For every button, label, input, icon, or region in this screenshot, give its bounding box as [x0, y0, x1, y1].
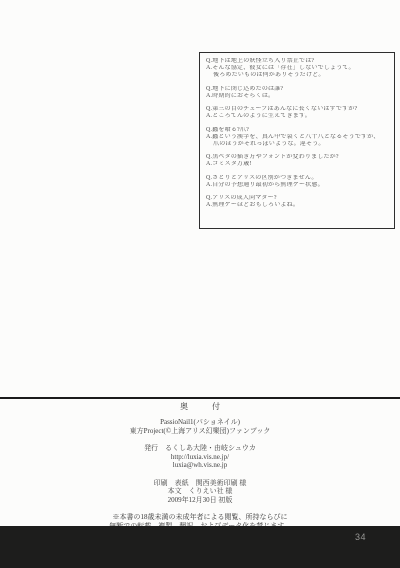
answer-line: A.コミスタ万歳! — [206, 161, 391, 168]
printing-block: 印刷 表紙 関西美術印刷 様 本文 くりえい社 様 2009年12月30日 初版 — [0, 479, 400, 505]
answer-line: A.時期的におそらくは。 — [206, 93, 391, 100]
answer-line: A.そんな協定、彼女には「存在」しないでしょうて。 — [206, 65, 391, 72]
answer-line: A.自分の予想通り最初から無理ゲー状態。 — [206, 182, 391, 189]
answer-line: 爪のほうがそれっぽいような。違そう。 — [206, 141, 391, 148]
colophon-heading: 奥 付 — [0, 402, 400, 411]
answer-line: A.無理ゲーほどおもしろいよね。 — [206, 202, 391, 209]
question-line: Q.黒ベタの描き方やフォントが変わりましたが? — [206, 154, 391, 161]
qa-box: Q.地下は地上の妖怪立ち入り禁止では? A.そんな協定、彼女には「存在」しないで… — [199, 52, 395, 229]
contact-email: luxia@wh.vis.ne.jp — [0, 461, 400, 470]
qa-item: Q.地下は地上の妖怪立ち入り禁止では? A.そんな協定、彼女には「存在」しないで… — [206, 58, 391, 79]
qa-item: Q.第三の目のチューブはあんなに長くないはずですが? A.ところてんのように生え… — [206, 106, 391, 120]
answer-line: A.蟲という漢字を、真ん中で裂くと八十八となるそうですが、 — [206, 134, 391, 141]
title-block: PassioNail1(パショネイル) 東方Project(©上海アリス幻樂団)… — [0, 418, 400, 435]
edition-line: 2009年12月30日 初版 — [0, 496, 400, 505]
qa-item: Q.蟲を喰る?爪? A.蟲という漢字を、真ん中で裂くと八十八となるそうですが、 … — [206, 127, 391, 148]
website-url: http://luxia.vis.ne.jp/ — [0, 453, 400, 462]
qa-item: Q.黒ベタの描き方やフォントが変わりましたが? A.コミスタ万歳! — [206, 154, 391, 168]
question-line: Q.地下に閉じ込めたのは誰? — [206, 86, 391, 93]
question-line: Q.さとりとアリスの区別がつきません。 — [206, 175, 391, 182]
qa-item: Q.アリスの成人向マダー? A.無理ゲーほどおもしろいよね。 — [206, 195, 391, 209]
scanned-page: Q.地下は地上の妖怪立ち入り禁止では? A.そんな協定、彼女には「存在」しないで… — [0, 0, 400, 568]
footer-band: 34 — [0, 526, 400, 568]
book-title: PassioNail1(パショネイル) — [0, 418, 400, 427]
qa-item: Q.さとりとアリスの区別がつきません。 A.自分の予想通り最初から無理ゲー状態。 — [206, 175, 391, 189]
answer-line: 後ろめたいものは何かありそうだけど。 — [206, 72, 391, 79]
question-line: Q.第三の目のチューブはあんなに長くないはずですが? — [206, 106, 391, 113]
divider-rule — [0, 397, 400, 399]
publisher-line: 発行 るくしあ大陸・由岐シュウカ — [0, 444, 400, 453]
book-subtitle: 東方Project(©上海アリス幻樂団)ファンブック — [0, 427, 400, 436]
question-line: Q.蟲を喰る?爪? — [206, 127, 391, 134]
answer-line: A.ところてんのように生えてきます。 — [206, 113, 391, 120]
printing-cover-line: 印刷 表紙 関西美術印刷 様 — [0, 479, 400, 488]
question-line: Q.アリスの成人向マダー? — [206, 195, 391, 202]
notice-line: ※本書の18歳未満の未成年者による閲覧、所持ならびに — [0, 513, 400, 522]
page-number: 34 — [355, 532, 366, 543]
colophon: 奥 付 PassioNail1(パショネイル) 東方Project(©上海アリス… — [0, 402, 400, 539]
printing-body-line: 本文 くりえい社 様 — [0, 487, 400, 496]
publisher-block: 発行 るくしあ大陸・由岐シュウカ http://luxia.vis.ne.jp/… — [0, 444, 400, 470]
question-line: Q.地下は地上の妖怪立ち入り禁止では? — [206, 58, 391, 65]
qa-item: Q.地下に閉じ込めたのは誰? A.時期的におそらくは。 — [206, 86, 391, 100]
